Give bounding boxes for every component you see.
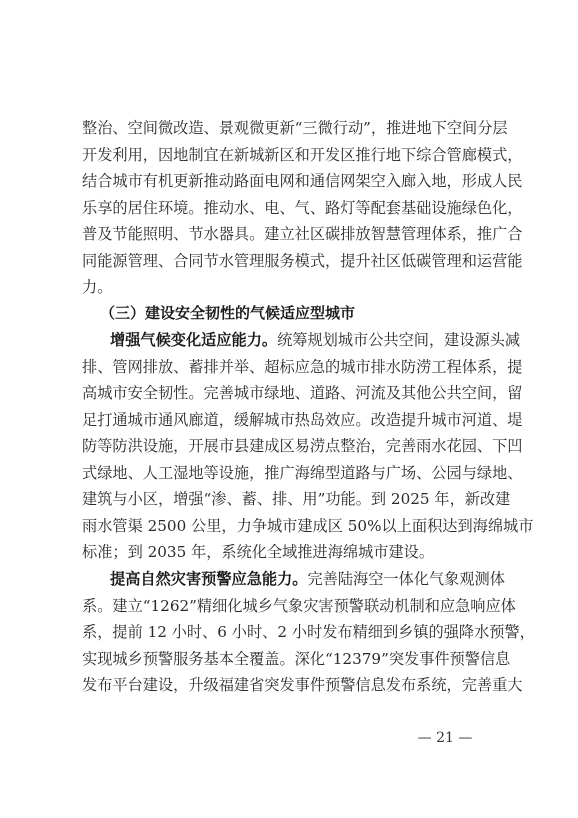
paragraph-1-line-3: 结合城市有机更新推动路面电网和通信网架空入廊入地，形成人民 (82, 168, 502, 194)
page-number: — 21 — (400, 730, 490, 746)
paragraph-2-line-6: 式绿地、人工湿地等设施，推广海绵型道路与广场、公园与绿地、 (82, 460, 502, 486)
paragraph-2-line-8: 雨水管渠 2500 公里，力争城市建成区 50%以上面积达到海绵城市 (82, 513, 502, 539)
paragraph-2-lead: 增强气候变化适应能力。 (110, 331, 277, 349)
paragraph-3-line-4: 实现城乡预警服务基本全覆盖。深化“12379”突发事件预警信息 (82, 646, 502, 672)
paragraph-1-line-6: 同能源管理、合同节水管理服务模式，提升社区低碳管理和运营能 (82, 248, 502, 274)
paragraph-1-line-5: 普及节能照明、节水器具。建立社区碳排放智慧管理体系，推广合 (82, 221, 502, 247)
paragraph-2-line-4: 足打通城市通风廊道，缓解城市热岛效应。改造提升城市河道、堤 (82, 407, 502, 433)
document-page: 整治、空间微改造、景观微更新“三微行动”，推进地下空间分层 开发利用，因地制宜在… (0, 0, 578, 818)
paragraph-1-line-1: 整治、空间微改造、景观微更新“三微行动”，推进地下空间分层 (82, 115, 502, 141)
paragraph-3-line-5: 发布平台建设，升级福建省突发事件预警信息发布系统，完善重大 (82, 672, 502, 698)
paragraph-2-line-3: 高城市安全韧性。完善城市绿地、道路、河流及其他公共空间，留 (82, 380, 502, 406)
paragraph-1-line-4: 乐享的居住环境。推动水、电、气、路灯等配套基础设施绿色化， (82, 195, 502, 221)
paragraph-3-first-line: 提高自然灾害预警应急能力。完善陆海空一体化气象观测体 (110, 566, 502, 592)
paragraph-3-line-2: 系。建立“1262”精细化城乡气象灾害预警联动机制和应急响应体 (82, 593, 502, 619)
paragraph-3-first-line-rest: 完善陆海空一体化气象观测体 (307, 570, 504, 588)
paragraph-1-line-2: 开发利用，因地制宜在新城新区和开发区推行地下综合管廊模式， (82, 142, 502, 168)
paragraph-2-line-7: 建筑与小区，增强“渗、蓄、排、用”功能。到 2025 年，新改建 (82, 486, 502, 512)
paragraph-1-line-7: 力。 (82, 274, 502, 300)
paragraph-2-first-line: 增强气候变化适应能力。统筹规划城市公共空间，建设源头减 (110, 327, 502, 353)
paragraph-2-line-9: 标准；到 2035 年，系统化全域推进海绵城市建设。 (82, 539, 502, 565)
paragraph-2-line-2: 排、管网排放、蓄排并举、超标应急的城市排水防涝工程体系，提 (82, 354, 502, 380)
paragraph-3-lead: 提高自然灾害预警应急能力。 (110, 570, 307, 588)
section-heading: （三）建设安全韧性的气候适应型城市 (100, 300, 520, 326)
paragraph-3-line-3: 系，提前 12 小时、6 小时、2 小时发布精细到乡镇的强降水预警， (82, 619, 502, 645)
paragraph-2-line-5: 防等防洪设施，开展市县建成区易涝点整治，完善雨水花园、下凹 (82, 433, 502, 459)
paragraph-2-first-line-rest: 统筹规划城市公共空间，建设源头减 (277, 331, 520, 349)
